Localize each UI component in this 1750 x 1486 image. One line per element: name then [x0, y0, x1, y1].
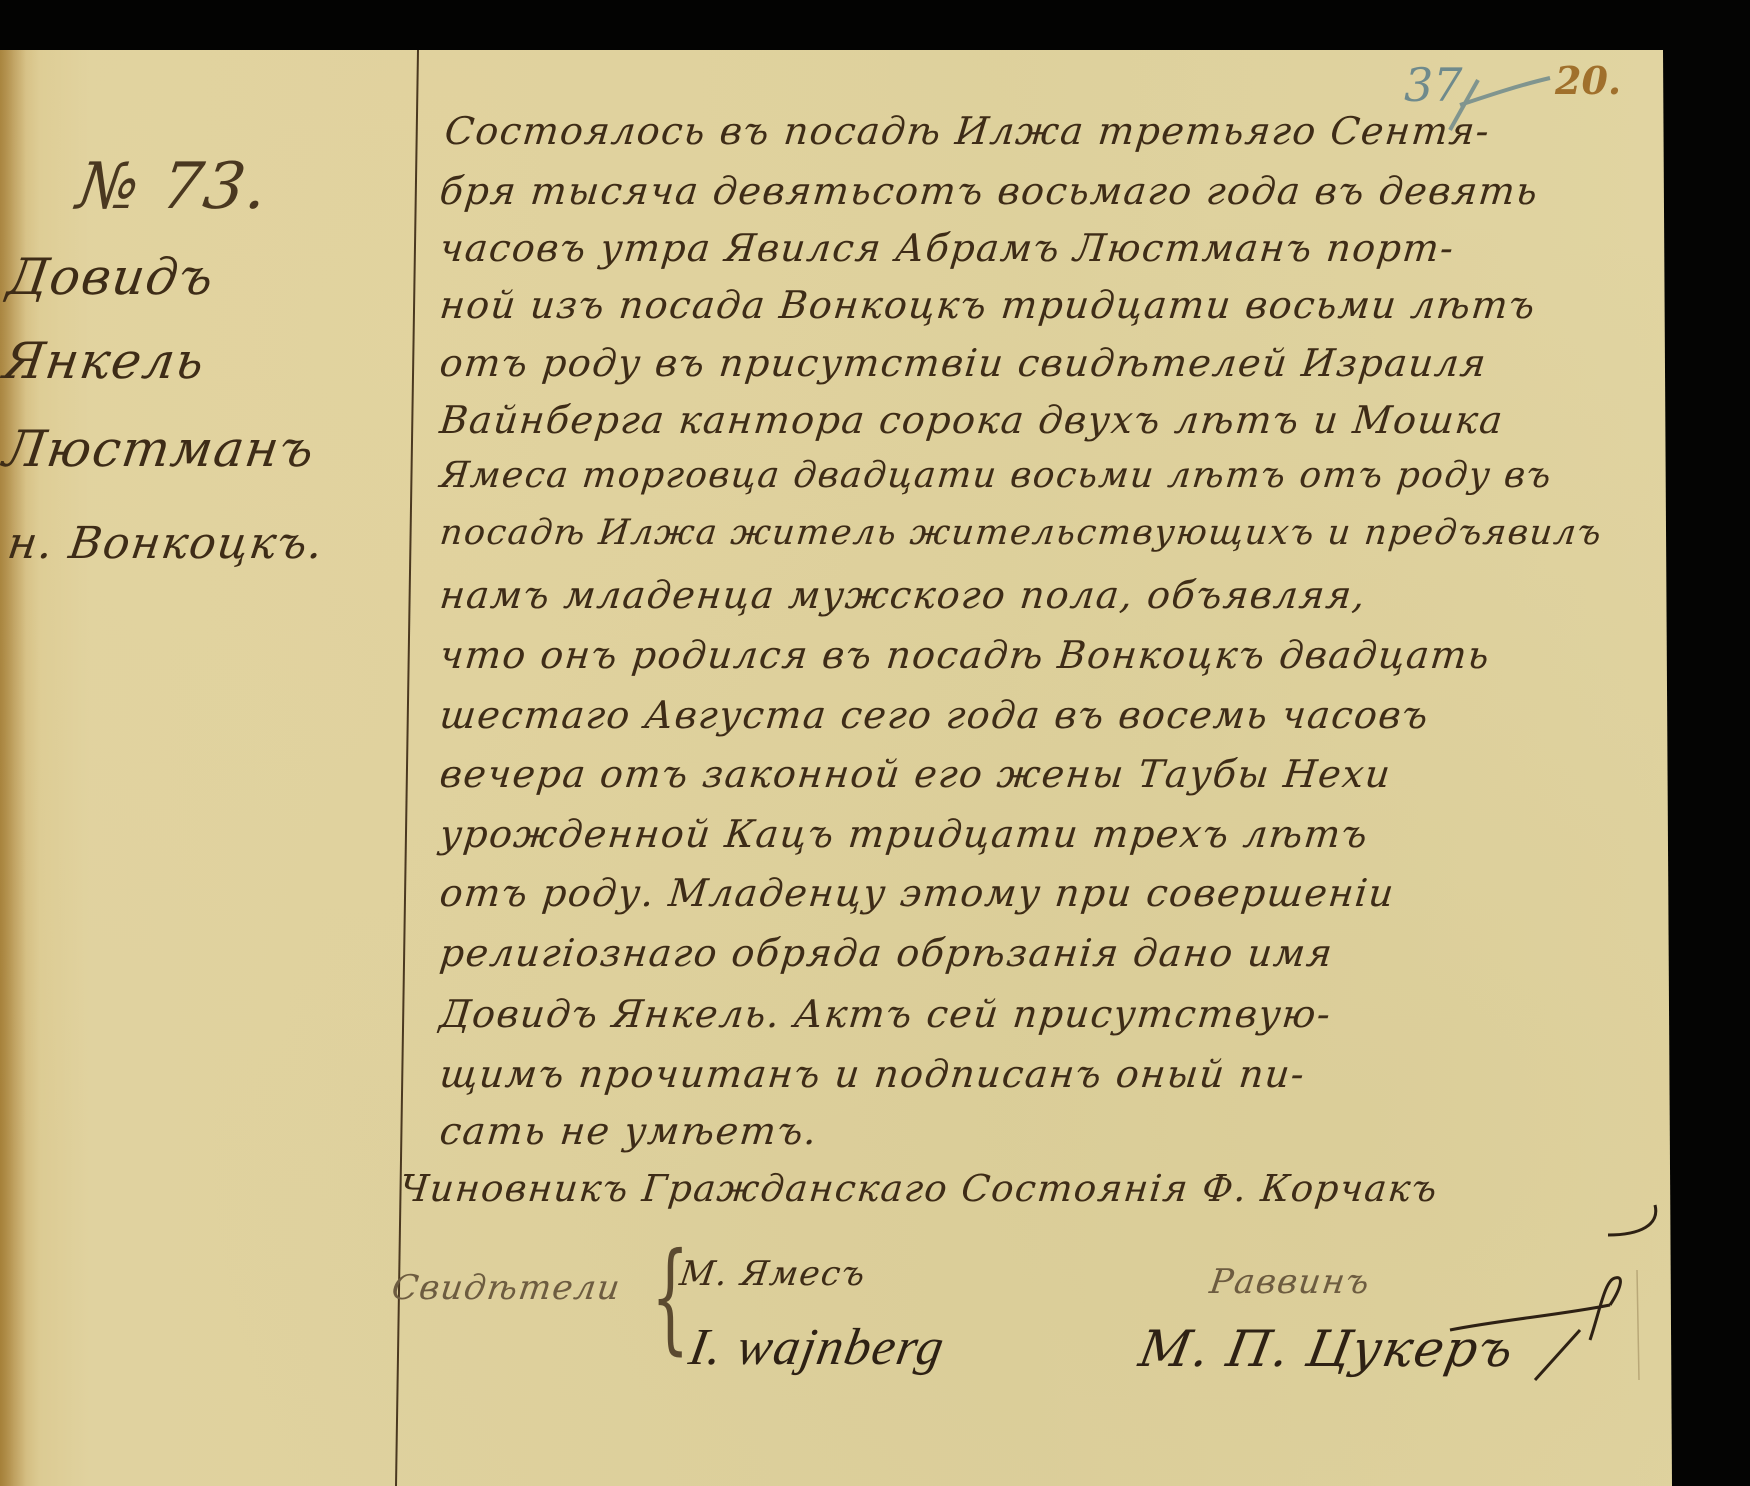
ink-folio-number: 20. — [1555, 58, 1621, 103]
body-line-4: ной изъ посада Вонкоцкъ тридцати восьми … — [438, 286, 1538, 324]
body-line-7: Ямеса торговца двадцати восьми лѣтъ отъ … — [438, 458, 1554, 494]
body-line-8: посадѣ Илжа житель жительствующихъ и пре… — [438, 516, 1604, 551]
body-line-14: отъ роду. Младенцу этому при совершеніи — [438, 874, 1397, 912]
body-line-10: что онъ родился въ посадѣ Вонкоцкъ двадц… — [438, 636, 1492, 674]
scan-border-top — [0, 0, 1750, 50]
body-line-5: отъ роду въ присутствіи свидѣтелей Израи… — [438, 344, 1489, 382]
child-first-name: Довидъ — [4, 248, 218, 306]
rabbi-label: Раввинъ — [1207, 1262, 1373, 1302]
child-surname: Люстманъ — [0, 420, 319, 478]
body-line-17: щимъ прочитанъ и подписанъ оный пи- — [438, 1055, 1307, 1093]
child-birthplace: н. Вонкоцкъ. — [4, 518, 327, 569]
body-line-6: Вайнберга кантора сорока двухъ лѣтъ и Мо… — [438, 401, 1506, 439]
body-line-15: религіознаго обряда обрѣзанія дано имя — [438, 934, 1335, 972]
pencil-folio-number: 37 — [1404, 58, 1463, 112]
body-line-1: Состоялось въ посадѣ Илжа третьяго Сентя… — [443, 112, 1492, 150]
body-line-2: бря тысяча девятьсотъ восьмаго года въ д… — [438, 172, 1541, 210]
official-signature-line: Чиновникъ Гражданскаго Состоянія Ф. Корч… — [398, 1170, 1440, 1207]
body-line-9: намъ младенца мужского пола, объявляя, — [438, 576, 1368, 614]
body-line-18: сать не умѣетъ. — [438, 1112, 820, 1150]
witness-brace: { — [651, 1228, 689, 1367]
rabbi-signature: М. П. Цукеръ — [1135, 1320, 1519, 1378]
body-line-13: урожденной Кацъ тридцати трехъ лѣтъ — [438, 815, 1370, 853]
body-line-16: Довидъ Янкель. Актъ сей присутствую- — [438, 995, 1333, 1033]
body-line-11: шестаго Августа сего года въ восемь часо… — [438, 696, 1431, 734]
record-number: № 73. — [73, 150, 274, 224]
witness-2-signature: I. wajnberg — [685, 1318, 950, 1377]
body-line-12: вечера отъ законной его жены Таубы Нехи — [438, 755, 1393, 793]
scan-border-right — [1660, 0, 1750, 1486]
body-line-3: часовъ утра Явился Абрамъ Люстманъ порт- — [438, 229, 1457, 267]
witnesses-label: Свидѣтели — [389, 1268, 623, 1308]
child-second-name: Янкель — [0, 332, 209, 390]
witness-1-signature: М. Ямесъ — [677, 1254, 869, 1294]
